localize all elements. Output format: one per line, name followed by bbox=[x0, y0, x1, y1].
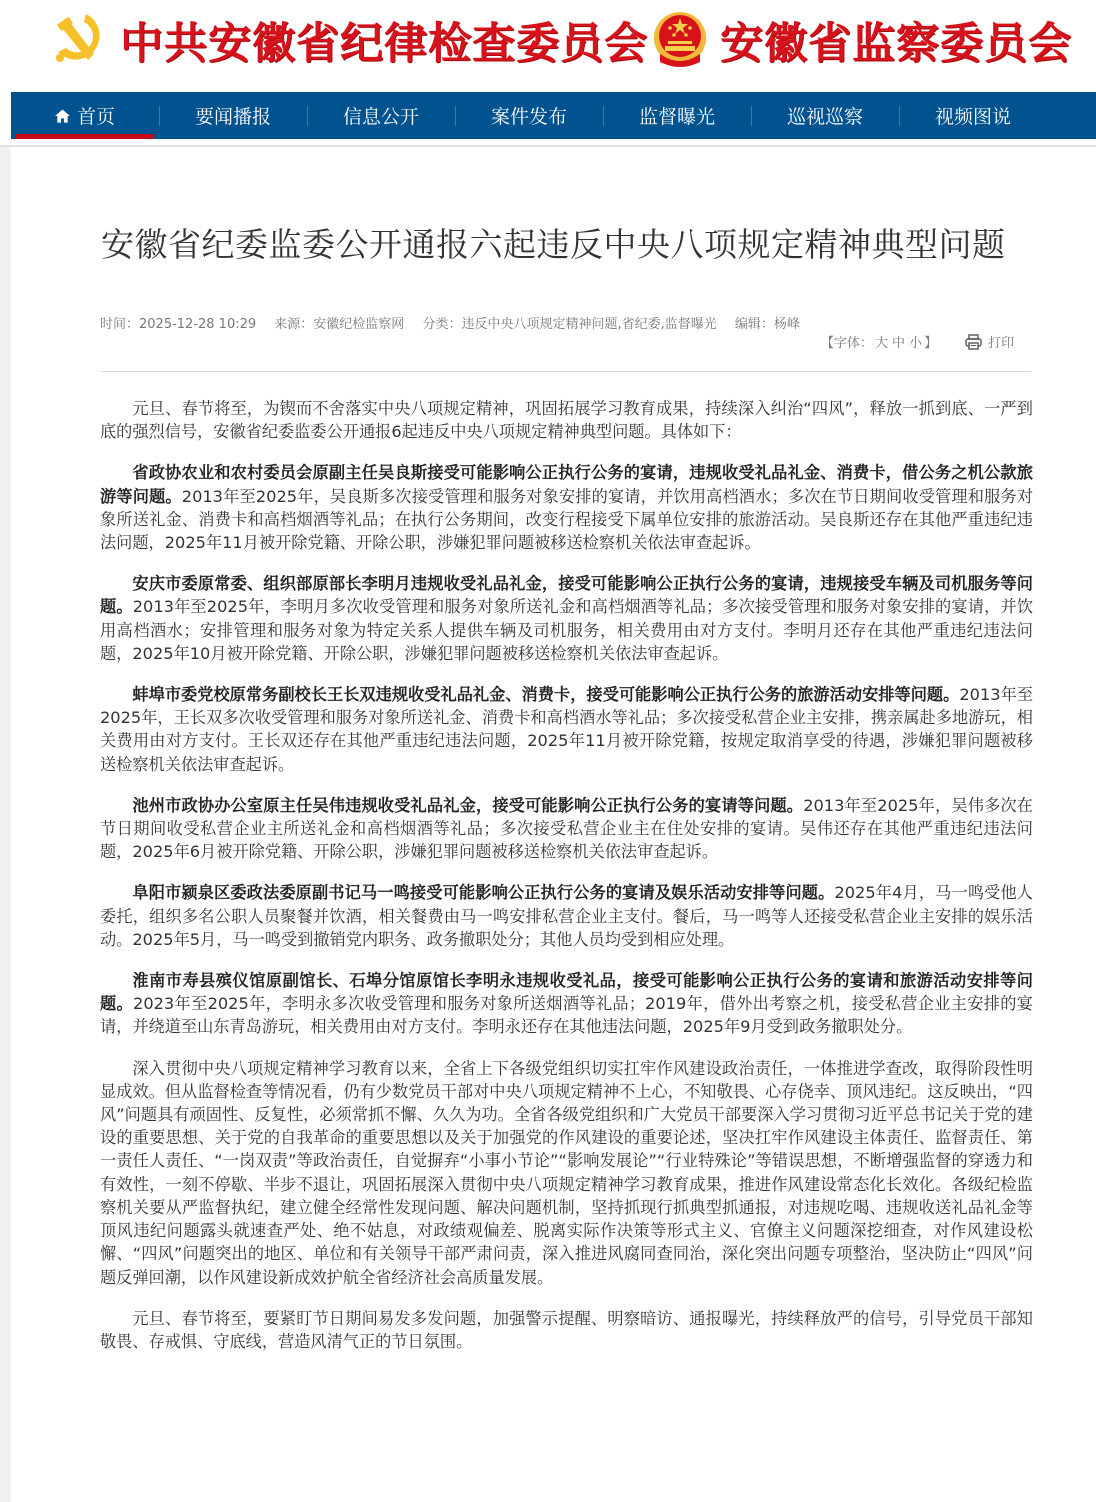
paragraph-summary: 深入贯彻中央八项规定精神学习教育以来，全省上下各级党组织切实扛牢作风建设政治责任… bbox=[100, 1057, 1033, 1289]
nav-item-news[interactable]: 要闻播报 bbox=[159, 92, 307, 139]
printer-icon bbox=[965, 334, 982, 350]
right-logo-text: 安徽省监察委员会 bbox=[720, 10, 1072, 71]
font-size-suffix: 】 bbox=[924, 336, 937, 351]
paragraph-closing: 元旦、春节将至，要紧盯节日期间易发多发问题，加强警示提醒、明察暗访、通报曝光，持… bbox=[100, 1307, 1033, 1353]
nav-divider bbox=[0, 145, 1096, 147]
main-nav: 首页 要闻播报 信息公开 案件发布 监督曝光 巡视巡察 视频图说 bbox=[11, 92, 1096, 139]
nav-label: 信息公开 bbox=[343, 102, 419, 129]
nav-item-info-disclosure[interactable]: 信息公开 bbox=[307, 92, 455, 139]
nav-item-cases[interactable]: 案件发布 bbox=[455, 92, 603, 139]
paragraph-case-2: 安庆市委原常委、组织部原部长李明月违规收受礼品礼金，接受可能影响公正执行公务的宴… bbox=[100, 572, 1033, 665]
paragraph-text: 2013年至2025年，吴良斯多次接受管理和服务对象安排的宴请，并饮用高档酒水；… bbox=[100, 487, 1033, 552]
article-category: 分类：违反中央八项规定精神问题,省纪委,监督曝光 bbox=[422, 317, 716, 332]
nav-item-video[interactable]: 视频图说 bbox=[899, 92, 1047, 139]
font-size-small[interactable]: 小 bbox=[909, 336, 922, 351]
nav-label: 要闻播报 bbox=[195, 102, 271, 129]
nav-label: 巡视巡察 bbox=[787, 102, 863, 129]
print-label: 打印 bbox=[988, 332, 1014, 351]
paragraph-case-3: 蚌埠市委党校原常务副校长王长双违规收受礼品礼金、消费卡，接受可能影响公正执行公务… bbox=[100, 683, 1033, 776]
party-emblem-icon bbox=[48, 8, 112, 72]
case-heading: 阜阳市颍泉区委政法委原副书记马一鸣接受可能影响公正执行公务的宴请及娱乐活动安排等… bbox=[132, 883, 834, 902]
article-editor: 编辑：杨峰 bbox=[735, 317, 800, 332]
site-header: 中共安徽省纪律检查委员会 安徽省监察委员会 bbox=[0, 0, 1096, 92]
paragraph-case-5: 阜阳市颍泉区委政法委原副书记马一鸣接受可能影响公正执行公务的宴请及娱乐活动安排等… bbox=[100, 881, 1033, 951]
nav-item-home[interactable]: 首页 bbox=[11, 92, 159, 139]
article-title: 安徽省纪委监委公开通报六起违反中央八项规定精神典型问题 bbox=[101, 219, 1031, 266]
national-emblem-icon bbox=[648, 8, 712, 72]
font-size-medium[interactable]: 中 bbox=[892, 336, 905, 351]
page-margin bbox=[0, 147, 11, 1502]
left-logo-text: 中共安徽省纪律检查委员会 bbox=[120, 10, 648, 71]
home-icon bbox=[55, 109, 70, 123]
paragraph-case-4: 池州市政协办公室原主任吴伟违规收受礼品礼金，接受可能影响公正执行公务的宴请等问题… bbox=[100, 794, 1033, 864]
paragraph-text: 2013年至2025年，李明月多次收受管理和服务对象所送礼金和高档烟酒等礼品；多… bbox=[100, 597, 1033, 662]
paragraph-text: 2023年至2025年，李明永多次收受管理和服务对象所送烟酒等礼品；2019年，… bbox=[100, 994, 1033, 1036]
nav-label: 案件发布 bbox=[491, 102, 567, 129]
paragraph-text: 元旦、春节将至，要紧盯节日期间易发多发问题，加强警示提醒、明察暗访、通报曝光，持… bbox=[100, 1309, 1033, 1351]
nav-label: 监督曝光 bbox=[639, 102, 715, 129]
case-heading: 池州市政协办公室原主任吴伟违规收受礼品礼金，接受可能影响公正执行公务的宴请等问题… bbox=[132, 796, 803, 815]
paragraph-case-6: 淮南市寿县殡仪馆原副馆长、石埠分馆原馆长李明永违规收受礼品，接受可能影响公正执行… bbox=[100, 969, 1033, 1039]
article-tools: 【字体：大中小】 打印 bbox=[821, 332, 1014, 351]
paragraph-text: 深入贯彻中央八项规定精神学习教育以来，全省上下各级党组织切实扛牢作风建设政治责任… bbox=[100, 1059, 1033, 1287]
font-size-prefix: 【字体： bbox=[821, 336, 873, 351]
publish-time: 时间：2025-12-28 10:29 bbox=[100, 317, 256, 332]
font-size-switcher: 【字体：大中小】 bbox=[821, 332, 937, 351]
nav-item-inspection[interactable]: 巡视巡察 bbox=[751, 92, 899, 139]
print-button[interactable]: 打印 bbox=[965, 332, 1014, 351]
nav-item-exposure[interactable]: 监督曝光 bbox=[603, 92, 751, 139]
article-body: 元旦、春节将至，为锲而不舍落实中央八项规定精神，巩固拓展学习教育成果，持续深入纠… bbox=[100, 397, 1033, 1371]
case-heading: 蚌埠市委党校原常务副校长王长双违规收受礼品礼金、消费卡，接受可能影响公正执行公务… bbox=[132, 685, 959, 704]
supervision-commission-logo[interactable]: 安徽省监察委员会 bbox=[648, 8, 1072, 72]
meta-divider bbox=[101, 371, 1031, 372]
font-size-large[interactable]: 大 bbox=[875, 336, 888, 351]
nav-label: 首页 bbox=[77, 102, 115, 129]
cpc-discipline-logo[interactable]: 中共安徽省纪律检查委员会 bbox=[48, 8, 648, 72]
paragraph-intro: 元旦、春节将至，为锲而不舍落实中央八项规定精神，巩固拓展学习教育成果，持续深入纠… bbox=[100, 397, 1033, 443]
article-meta: 时间：2025-12-28 10:29 来源：安徽纪检监察网 分类：违反中央八项… bbox=[100, 313, 814, 332]
paragraph-case-1: 省政协农业和农村委员会原副主任吴良斯接受可能影响公正执行公务的宴请，违规收受礼品… bbox=[100, 461, 1033, 554]
nav-label: 视频图说 bbox=[935, 102, 1011, 129]
article-source: 来源：安徽纪检监察网 bbox=[274, 317, 404, 332]
paragraph-text: 元旦、春节将至，为锲而不舍落实中央八项规定精神，巩固拓展学习教育成果，持续深入纠… bbox=[100, 399, 1033, 441]
